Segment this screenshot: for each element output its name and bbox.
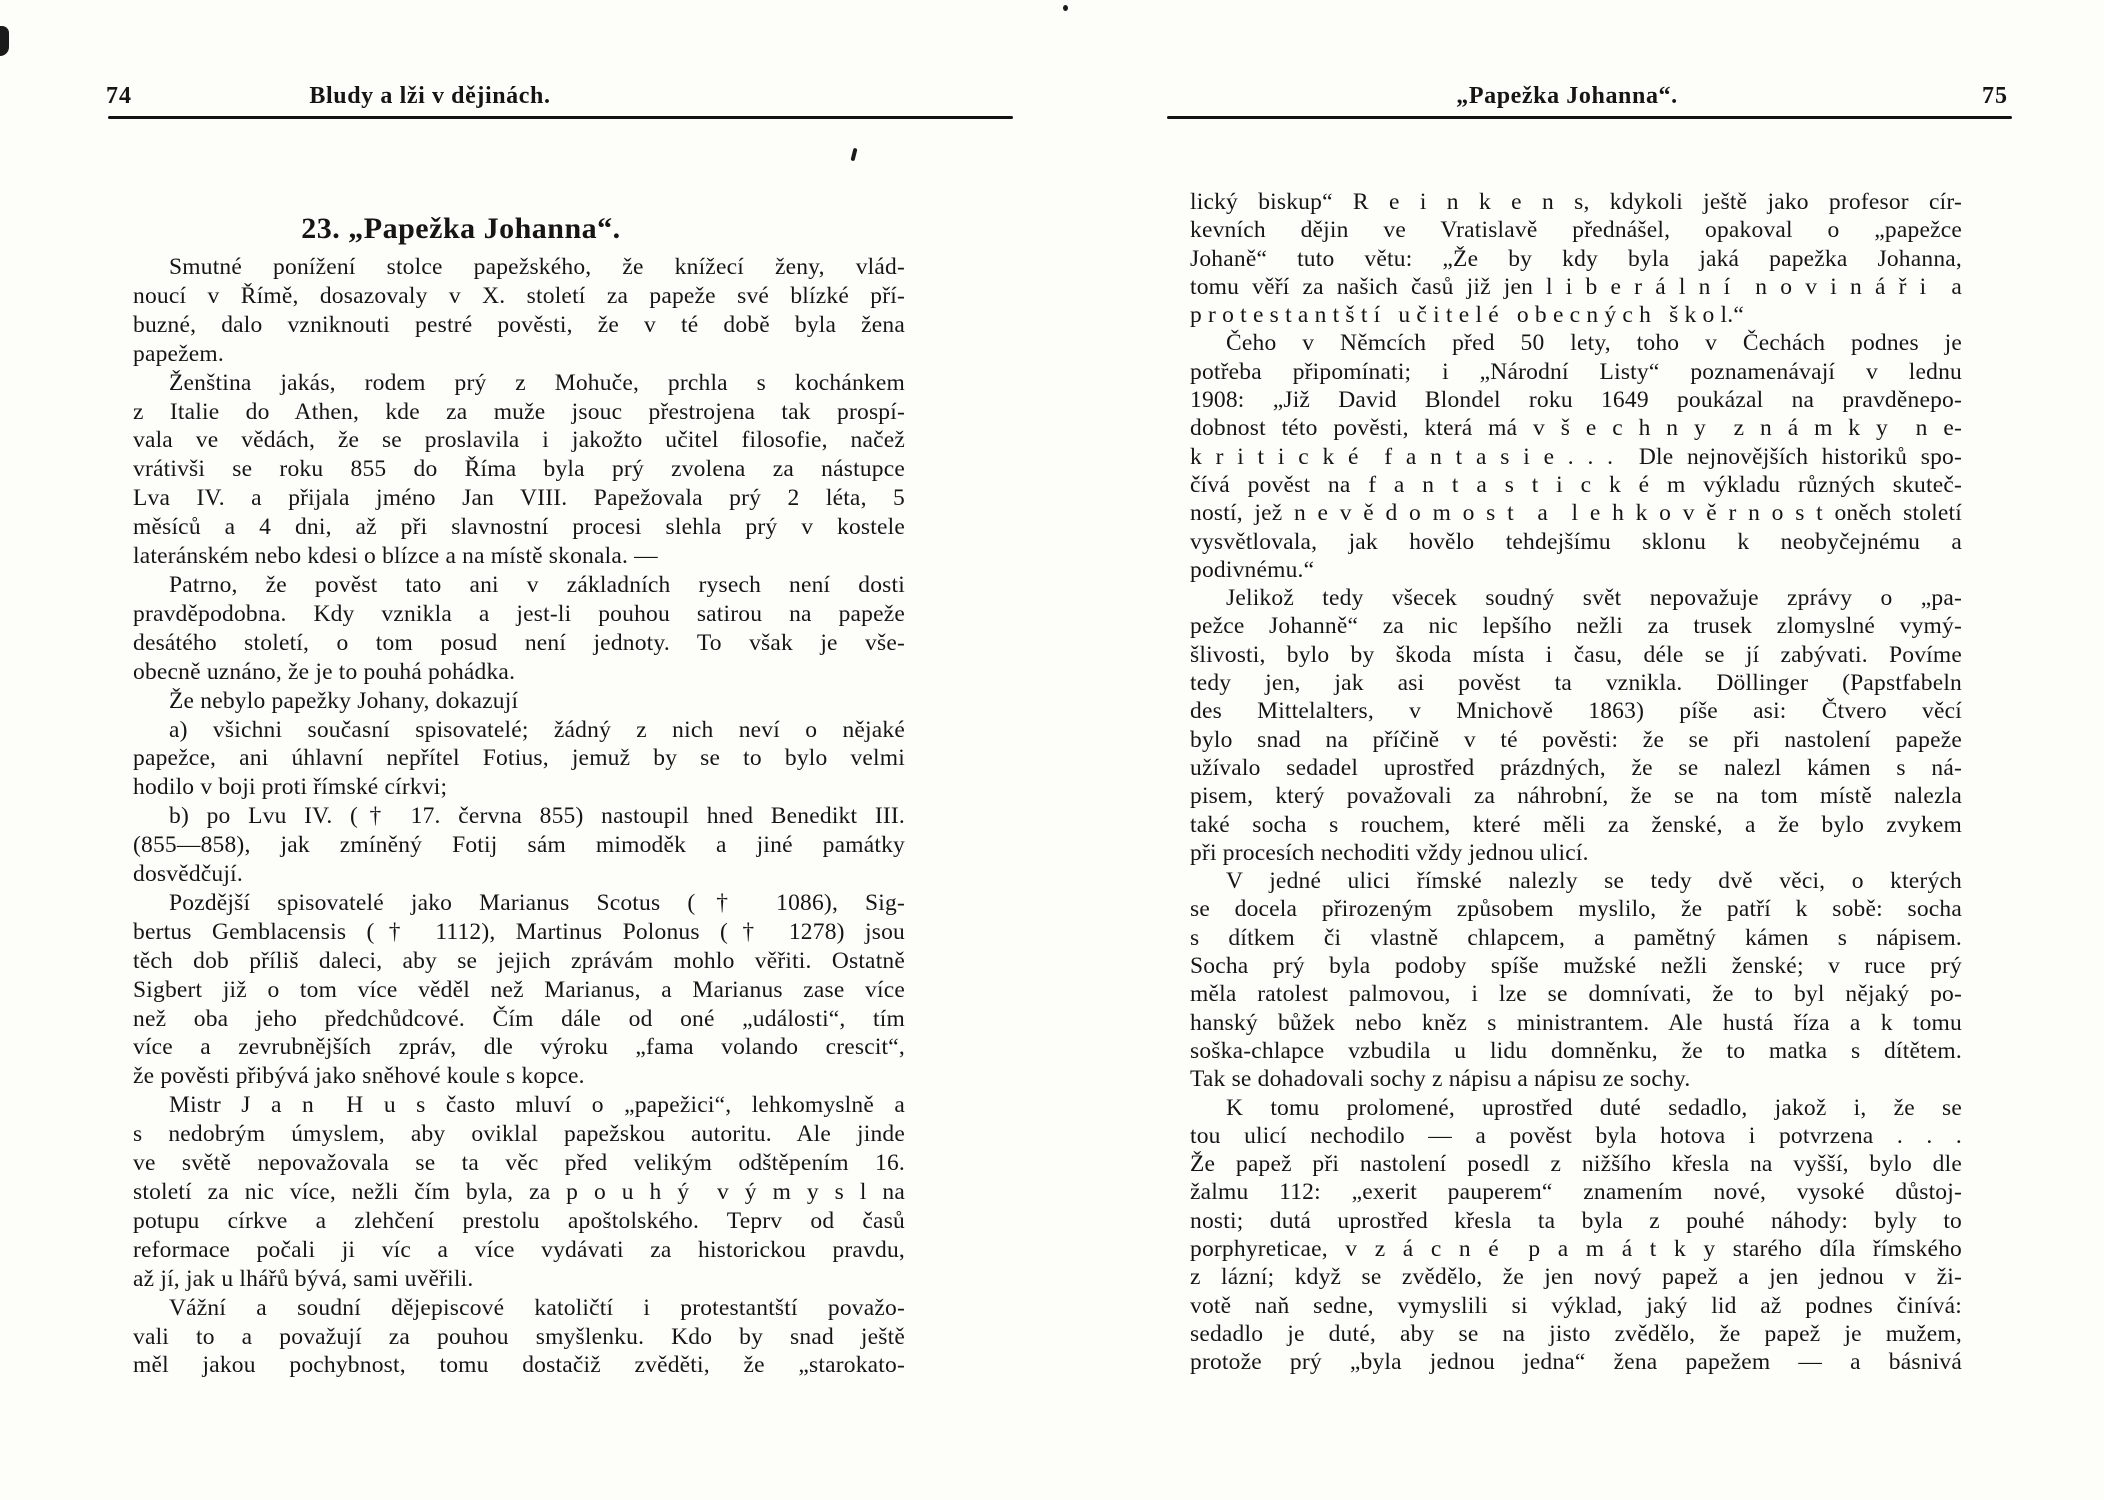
running-header-right: „Papežka Johanna“.: [1456, 83, 1678, 110]
page-number-left: 74: [106, 83, 132, 110]
text-line: b) po Lvu IV. († 17. června 855) nastoup…: [133, 802, 905, 831]
text-line: tedy jen, jak asi pověst ta vznikla. Döl…: [1190, 669, 1962, 697]
text-line: těch dob příliš daleci, aby se jejich zp…: [133, 947, 905, 976]
text-line: vrátivši se roku 855 do Říma byla prý zv…: [133, 455, 905, 484]
text-line: Čeho v Němcích před 50 lety, toho v Čech…: [1190, 329, 1962, 357]
text-line: než oba jeho předchůdcové. Čím dále od o…: [133, 1005, 905, 1034]
text-line: hodilo v boji proti římské církvi;: [133, 773, 905, 802]
text-line: obecně uznáno, že je to pouhá pohádka.: [133, 658, 905, 687]
text-line: buzné, dalo vzniknouti pestré pověsti, ž…: [133, 311, 905, 340]
text-line: a) všichni současní spisovatelé; žádný z…: [133, 716, 905, 745]
text-line: s dítkem či vlastně chlapcem, a pamětný …: [1190, 924, 1962, 952]
text-line: žalmu 112: „exerit pauperem“ znamením no…: [1190, 1178, 1962, 1206]
text-line: tou ulicí nechodilo — a pověst byla hoto…: [1190, 1122, 1962, 1150]
chapter-title: 23. „Papežka Johanna“.: [75, 212, 847, 246]
text-line: sedadlo je duté, aby se na jisto zvědělo…: [1190, 1320, 1962, 1348]
text-line: papežce, ani úhlavní nepřítel Fotius, je…: [133, 744, 905, 773]
text-line: Pozdější spisovatelé jako Marianus Scotu…: [133, 889, 905, 918]
text-line: potupu církve a zlehčení prestolu apošto…: [133, 1207, 905, 1236]
text-line: Johaně“ tuto větu: „Že by kdy byla jaká …: [1190, 245, 1962, 273]
header-rule-right: [1167, 116, 2012, 119]
scan-artifact: [0, 26, 9, 56]
text-line: s nedobrým úmyslem, aby oviklal papežsko…: [133, 1120, 905, 1149]
text-line: pisem, který považovali za náhrobní, že …: [1190, 782, 1962, 810]
text-line: dosvědčují.: [133, 860, 905, 889]
text-line: že pověsti přibývá jako sněhové koule s …: [133, 1062, 905, 1091]
text-line: století za nic více, nežli čím byla, za …: [133, 1178, 905, 1207]
text-line: více a zevrubnějších zpráv, dle výroku „…: [133, 1033, 905, 1062]
page-number-right: 75: [1982, 83, 2008, 110]
text-line: užívalo sedadel uprostřed prázdných, že …: [1190, 754, 1962, 782]
text-line: lateránském nebo kdesi o blízce a na mís…: [133, 542, 905, 571]
text-line: Že nebylo papežky Johany, dokazují: [133, 687, 905, 716]
text-line: votě naň sedne, vymyslili si výklad, jak…: [1190, 1292, 1962, 1320]
scan-artifact: [1063, 5, 1068, 11]
scan-artifact: [850, 148, 857, 162]
text-line: porphyreticae, v z á c n é p a m á t k y…: [1190, 1235, 1962, 1263]
text-line: měl jakou pochybnost, tomu dostačiž zvěd…: [133, 1351, 905, 1380]
text-line: až jí, jak u lhářů bývá, sami uvěřili.: [133, 1265, 905, 1294]
text-line: Jelikož tedy všecek soudný svět nepovažu…: [1190, 584, 1962, 612]
text-line: Vážní a soudní dějepiscové katoličtí i p…: [133, 1294, 905, 1323]
text-line: pežce Johanně“ za nic lepšího nežli za t…: [1190, 612, 1962, 640]
text-line: 1908: „Již David Blondel roku 1649 pouká…: [1190, 386, 1962, 414]
text-line: vali to a považují za pouhou smyšlenku. …: [133, 1323, 905, 1352]
text-line: měsíců a 4 dni, až při slavnostní proces…: [133, 513, 905, 542]
text-line: vala ve vědách, že se proslavila i jakož…: [133, 426, 905, 455]
text-line: Ženština jakás, rodem prý z Mohuče, prch…: [133, 369, 905, 398]
text-line: des Mittelalters, v Mnichově 1863) píše …: [1190, 697, 1962, 725]
text-line: pravděpodobna. Kdy vznikla a jest-li pou…: [133, 600, 905, 629]
text-line: Že papež při nastolení posedl z nižšího …: [1190, 1150, 1962, 1178]
text-line: k r i t i c k é f a n t a s i e . . . Dl…: [1190, 443, 1962, 471]
text-line: K tomu prolomené, uprostřed duté sedadlo…: [1190, 1094, 1962, 1122]
text-line: V jedné ulici římské nalezly se tedy dvě…: [1190, 867, 1962, 895]
text-line: bylo snad na příčině v té pověsti: že se…: [1190, 726, 1962, 754]
right-page-text: lický biskup“ R e i n k e n s, kdykoli j…: [1190, 188, 1962, 1376]
text-line: bertus Gemblacensis († 1112), Martinus P…: [133, 918, 905, 947]
text-line: ností, jež n e v ě d o m o s t a l e h k…: [1190, 499, 1962, 527]
text-line: kevních dějin ve Vratislavě přednášel, o…: [1190, 216, 1962, 244]
text-line: lický biskup“ R e i n k e n s, kdykoli j…: [1190, 188, 1962, 216]
text-line: z Italie do Athen, kde za muže jsouc pře…: [133, 398, 905, 427]
text-line: podivnému.“: [1190, 556, 1962, 584]
header-rule-left: [108, 116, 1013, 119]
text-line: vysvětlovala, jak hovělo tehdejšímu sklo…: [1190, 528, 1962, 556]
text-line: se docela přirozeným způsobem myslilo, ž…: [1190, 895, 1962, 923]
text-line: Patrno, že pověst tato ani v základních …: [133, 571, 905, 600]
text-line: Smutné ponížení stolce papežského, že kn…: [133, 253, 905, 282]
text-line: potřeba připomínati; i „Národní Listy“ p…: [1190, 358, 1962, 386]
text-line: šlivosti, bylo by škoda místa i času, dé…: [1190, 641, 1962, 669]
text-line: Socha prý byla podoby spíše mužské nežli…: [1190, 952, 1962, 980]
text-line: čívá pověst na f a n t a s t i c k é m v…: [1190, 471, 1962, 499]
text-line: nosti; dutá uprostřed křesla ta byla z p…: [1190, 1207, 1962, 1235]
text-line: Tak se dohadovali sochy z nápisu a nápis…: [1190, 1065, 1962, 1093]
text-line: z lázní; když se zvědělo, že jen nový pa…: [1190, 1263, 1962, 1291]
text-line: noucí v Římě, dosazovaly v X. století za…: [133, 282, 905, 311]
running-header-left: Bludy a lži v dějinách.: [309, 83, 550, 110]
text-line: Mistr J a n H u s často mluví o „papežic…: [133, 1091, 905, 1120]
book-spread: 74 Bludy a lži v dějinách. „Papežka Joha…: [0, 0, 2104, 1500]
text-line: tomu věří za našich časů již jen l i b e…: [1190, 273, 1962, 301]
text-line: desátého století, o tom posud není jedno…: [133, 629, 905, 658]
text-line: při procesích nechoditi vždy jednou ulic…: [1190, 839, 1962, 867]
text-line: reformace počali ji víc a více vydávati …: [133, 1236, 905, 1265]
text-line: Sigbert již o tom více věděl než Marianu…: [133, 976, 905, 1005]
text-line: protože prý „byla jednou jedna“ žena pap…: [1190, 1348, 1962, 1376]
text-line: také socha s rouchem, které měli za žens…: [1190, 811, 1962, 839]
text-line: (855—858), jak zmíněný Fotij sám mimoděk…: [133, 831, 905, 860]
text-line: Lva IV. a přijala jméno Jan VIII. Papežo…: [133, 484, 905, 513]
text-line: papežem.: [133, 340, 905, 369]
text-line: soška-chlapce vzbudila u lidu domněnku, …: [1190, 1037, 1962, 1065]
text-line: p r o t e s t a n t š t í u č i t e l é …: [1190, 301, 1962, 329]
text-line: měla ratolest palmovou, i lze se domníva…: [1190, 980, 1962, 1008]
text-line: ve světě nepovažovala se ta věc před vel…: [133, 1149, 905, 1178]
left-page-text: Smutné ponížení stolce papežského, že kn…: [133, 253, 905, 1380]
text-line: dobnost této pověsti, která má v š e c h…: [1190, 414, 1962, 442]
text-line: hanský bůžek nebo kněz s ministrantem. A…: [1190, 1009, 1962, 1037]
